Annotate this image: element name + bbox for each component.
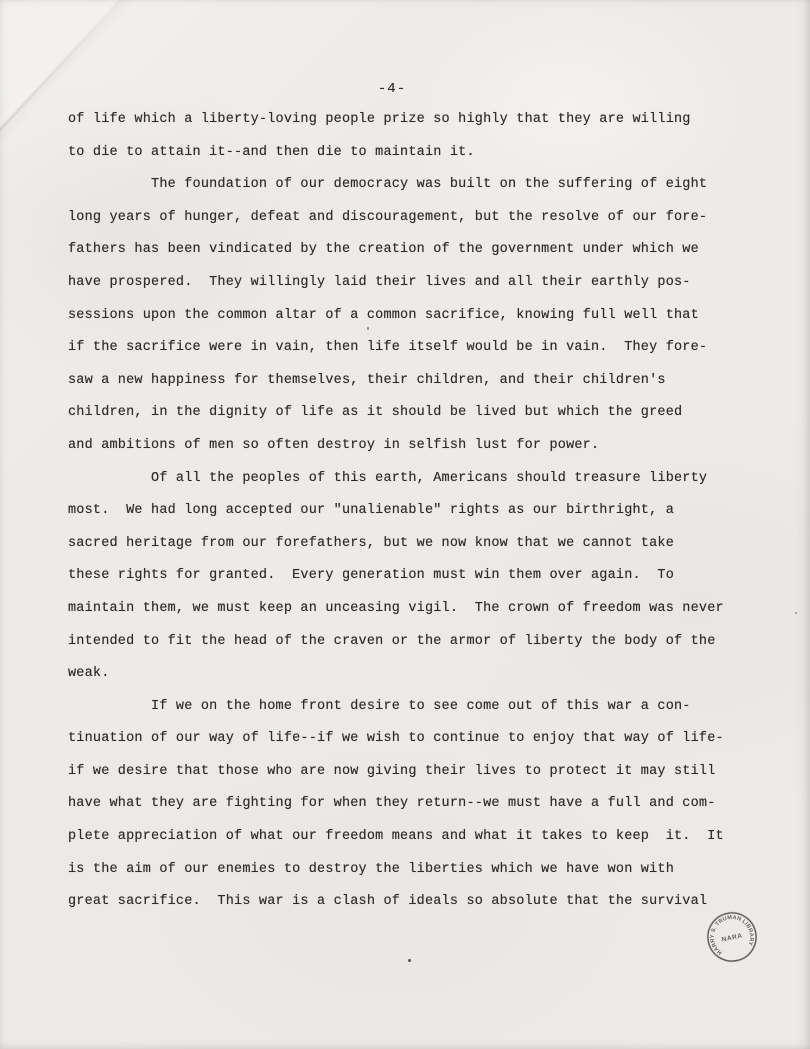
text-line: saw a new happiness for themselves, thei… <box>68 365 768 398</box>
text-line: sacred heritage from our forefathers, bu… <box>68 528 768 561</box>
text-line: great sacrifice. This war is a clash of … <box>68 886 768 919</box>
text-line: have what they are fighting for when the… <box>68 788 768 821</box>
text-line: children, in the dignity of life as it s… <box>68 397 768 430</box>
text-line: have prospered. They willingly laid thei… <box>68 267 768 300</box>
text-line: tinuation of our way of life--if we wish… <box>68 723 768 756</box>
text-line: is the aim of our enemies to destroy the… <box>68 854 768 887</box>
ink-speck <box>795 612 797 614</box>
text-line: if we desire that those who are now givi… <box>68 756 768 789</box>
text-line: If we on the home front desire to see co… <box>68 691 768 724</box>
ink-speck <box>408 959 411 962</box>
scanned-document-page: -4- of life which a liberty-loving peopl… <box>0 0 810 1049</box>
text-line: most. We had long accepted our "unaliena… <box>68 495 768 528</box>
text-line: weak. <box>68 658 768 691</box>
text-line: sessions upon the common altar of a comm… <box>68 300 768 333</box>
text-line: maintain them, we must keep an unceasing… <box>68 593 768 626</box>
library-archive-stamp-icon: HARRY S. TRUMAN LIBRARY NARA <box>696 901 767 972</box>
text-line: fathers has been vindicated by the creat… <box>68 234 768 267</box>
ink-speck <box>367 327 369 330</box>
text-line: plete appreciation of what our freedom m… <box>68 821 768 854</box>
text-line: Of all the peoples of this earth, Americ… <box>68 463 768 496</box>
stamp-center-text: NARA <box>721 932 743 943</box>
page-number: -4- <box>0 81 784 97</box>
text-line: to die to attain it--and then die to mai… <box>68 137 768 170</box>
document-body: of life which a liberty-loving people pr… <box>68 104 768 919</box>
text-line: these rights for granted. Every generati… <box>68 560 768 593</box>
text-line: intended to fit the head of the craven o… <box>68 626 768 659</box>
text-line: The foundation of our democracy was buil… <box>68 169 768 202</box>
text-line: long years of hunger, defeat and discour… <box>68 202 768 235</box>
text-line: if the sacrifice were in vain, then life… <box>68 332 768 365</box>
text-line: and ambitions of men so often destroy in… <box>68 430 768 463</box>
text-line: of life which a liberty-loving people pr… <box>68 104 768 137</box>
